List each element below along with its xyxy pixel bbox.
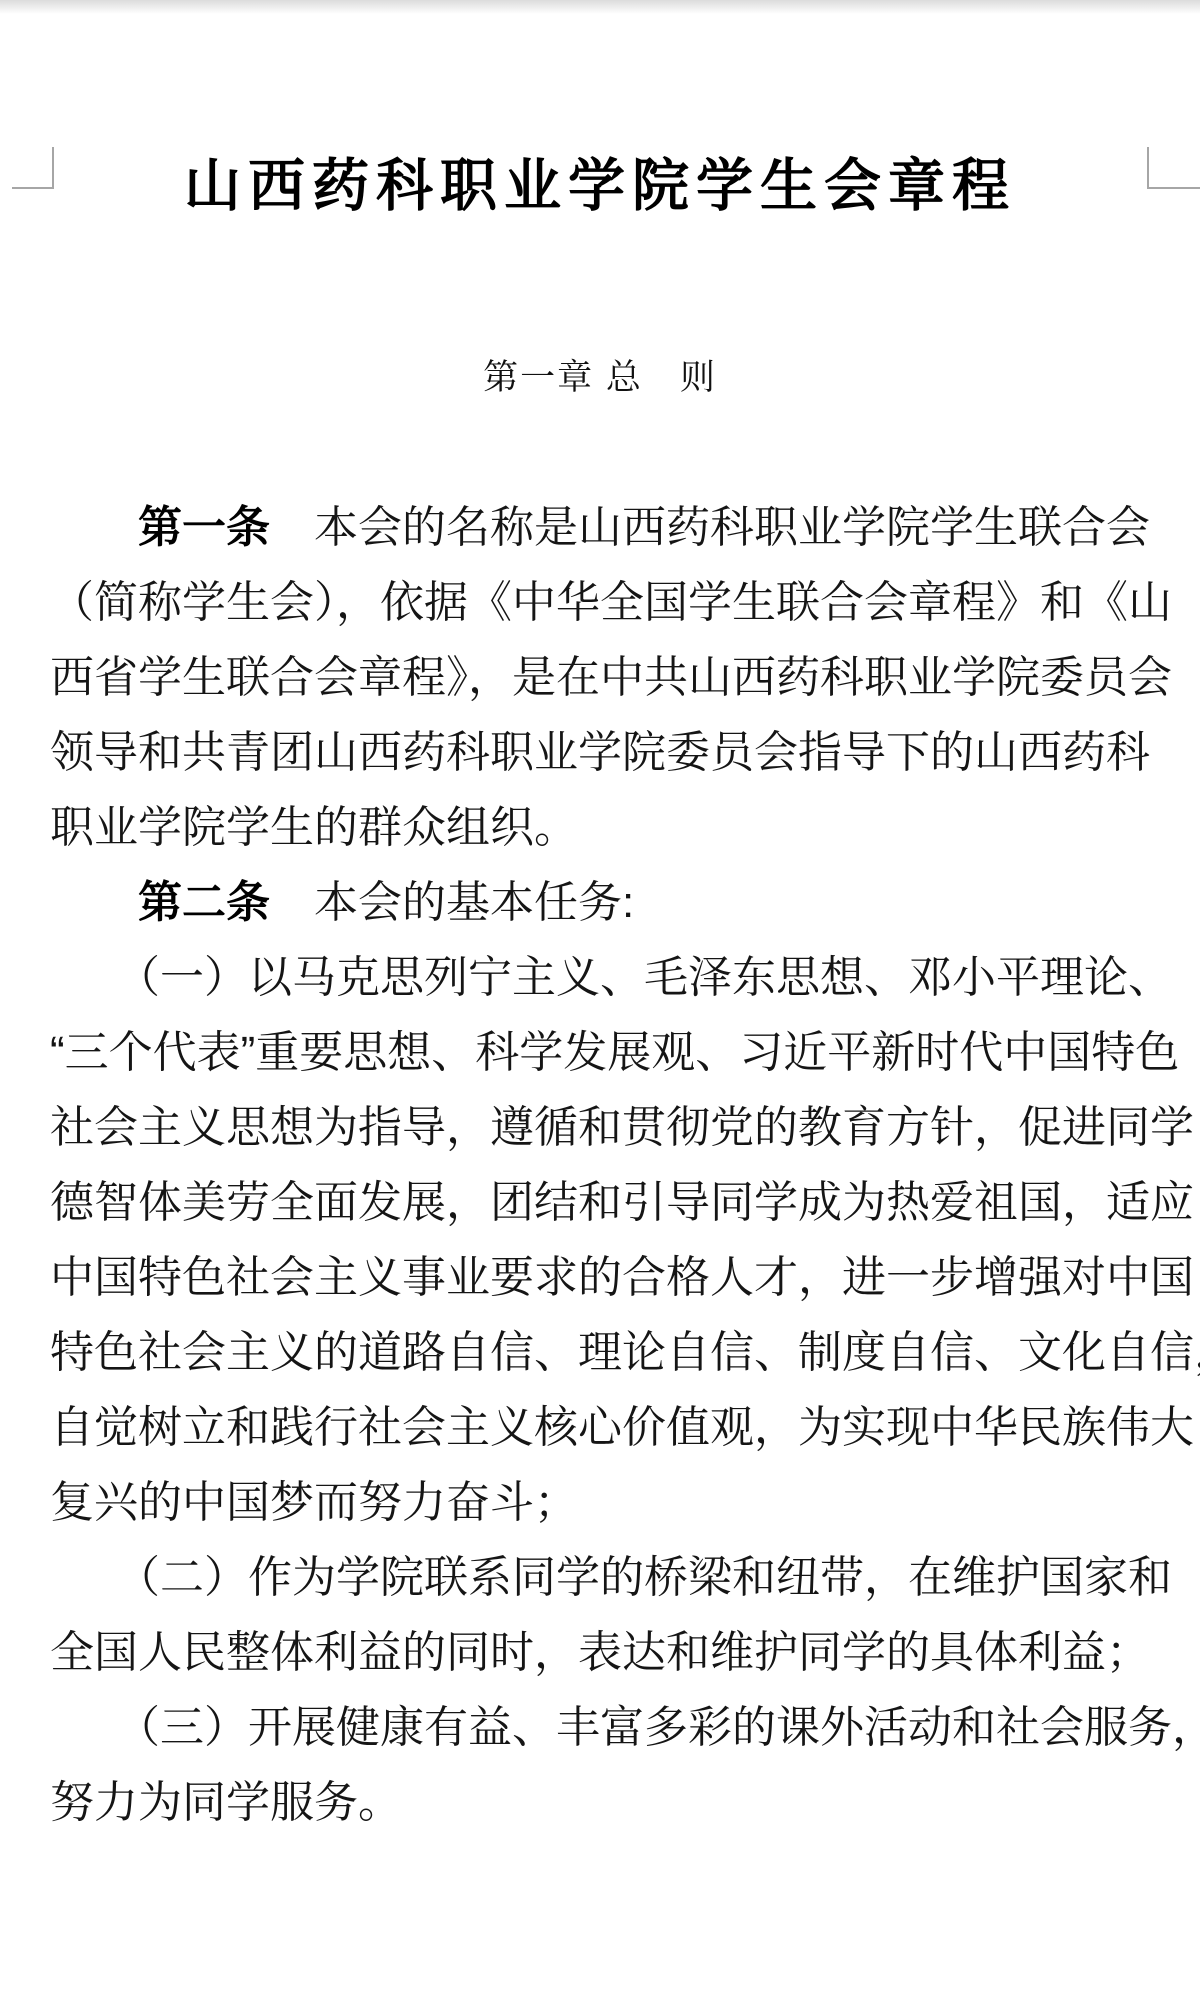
text-line: （二）作为学院联系同学的桥梁和纽带，在维护国家和 (50, 1540, 1162, 1615)
line-text: （一）以马克思列宁主义、毛泽东思想、邓小平理论、 (50, 953, 1172, 1002)
line-text: （简称学生会），依据《中华全国学生联合会章程》和《山 (50, 578, 1172, 627)
article-number: 第一条 (50, 503, 270, 552)
document-body: 第一条 本会的名称是山西药科职业学院学生联合会 （简称学生会），依据《中华全国学… (50, 490, 1162, 1840)
text-line: 德智体美劳全面发展，团结和引导同学成为热爱祖国，适应 (50, 1165, 1162, 1240)
line-text: 西省学生联合会章程》，是在中共山西药科职业学院委员会 (50, 653, 1172, 702)
line-text: 本会的名称是山西药科职业学院学生联合会 (270, 503, 1150, 552)
text-line: 努力为同学服务。 (50, 1765, 1162, 1840)
text-line: 特色社会主义的道路自信、理论自信、制度自信、文化自信， (50, 1315, 1162, 1390)
document-page: 山西药科职业学院学生会章程 第一章 总 则 第一条 本会的名称是山西药科职业学院… (0, 0, 1200, 1999)
line-text: 全国人民整体利益的同时，表达和维护同学的具体利益； (50, 1628, 1150, 1677)
text-line: （简称学生会），依据《中华全国学生联合会章程》和《山 (50, 565, 1162, 640)
text-line: 西省学生联合会章程》，是在中共山西药科职业学院委员会 (50, 640, 1162, 715)
line-text: 复兴的中国梦而努力奋斗； (50, 1478, 578, 1527)
page-title: 山西药科职业学院学生会章程 (0, 156, 1200, 216)
article-number: 第二条 (50, 878, 270, 927)
text-line: 第二条 本会的基本任务: (50, 865, 1162, 940)
text-line: “三个代表”重要思想、科学发展观、习近平新时代中国特色 (50, 1015, 1162, 1090)
line-text: “三个代表”重要思想、科学发展观、习近平新时代中国特色 (50, 1028, 1179, 1077)
chapter-heading: 第一章 总 则 (0, 358, 1200, 398)
text-line: 自觉树立和践行社会主义核心价值观，为实现中华民族伟大 (50, 1390, 1162, 1465)
text-line: 社会主义思想为指导，遵循和贯彻党的教育方针，促进同学 (50, 1090, 1162, 1165)
text-line: 中国特色社会主义事业要求的合格人才，进一步增强对中国 (50, 1240, 1162, 1315)
line-text: 中国特色社会主义事业要求的合格人才，进一步增强对中国 (50, 1253, 1194, 1302)
line-text: 特色社会主义的道路自信、理论自信、制度自信、文化自信， (50, 1328, 1200, 1377)
text-line: 第一条 本会的名称是山西药科职业学院学生联合会 (50, 490, 1162, 565)
line-text: 社会主义思想为指导，遵循和贯彻党的教育方针，促进同学 (50, 1103, 1194, 1152)
text-line: （一）以马克思列宁主义、毛泽东思想、邓小平理论、 (50, 940, 1162, 1015)
line-text: 本会的基本任务: (270, 878, 634, 927)
line-text: 自觉树立和践行社会主义核心价值观，为实现中华民族伟大 (50, 1403, 1194, 1452)
text-line: 全国人民整体利益的同时，表达和维护同学的具体利益； (50, 1615, 1162, 1690)
line-text: 德智体美劳全面发展，团结和引导同学成为热爱祖国，适应 (50, 1178, 1194, 1227)
text-line: 领导和共青团山西药科职业学院委员会指导下的山西药科 (50, 715, 1162, 790)
text-line: 职业学院学生的群众组织。 (50, 790, 1162, 865)
text-line: 复兴的中国梦而努力奋斗； (50, 1465, 1162, 1540)
text-line: （三）开展健康有益、丰富多彩的课外活动和社会服务， (50, 1690, 1162, 1765)
line-text: （二）作为学院联系同学的桥梁和纽带，在维护国家和 (50, 1553, 1172, 1602)
line-text: （三）开展健康有益、丰富多彩的课外活动和社会服务， (50, 1703, 1200, 1752)
page-top-shadow (0, 0, 1200, 14)
line-text: 努力为同学服务。 (50, 1778, 402, 1827)
line-text: 职业学院学生的群众组织。 (50, 803, 578, 852)
line-text: 领导和共青团山西药科职业学院委员会指导下的山西药科 (50, 728, 1150, 777)
